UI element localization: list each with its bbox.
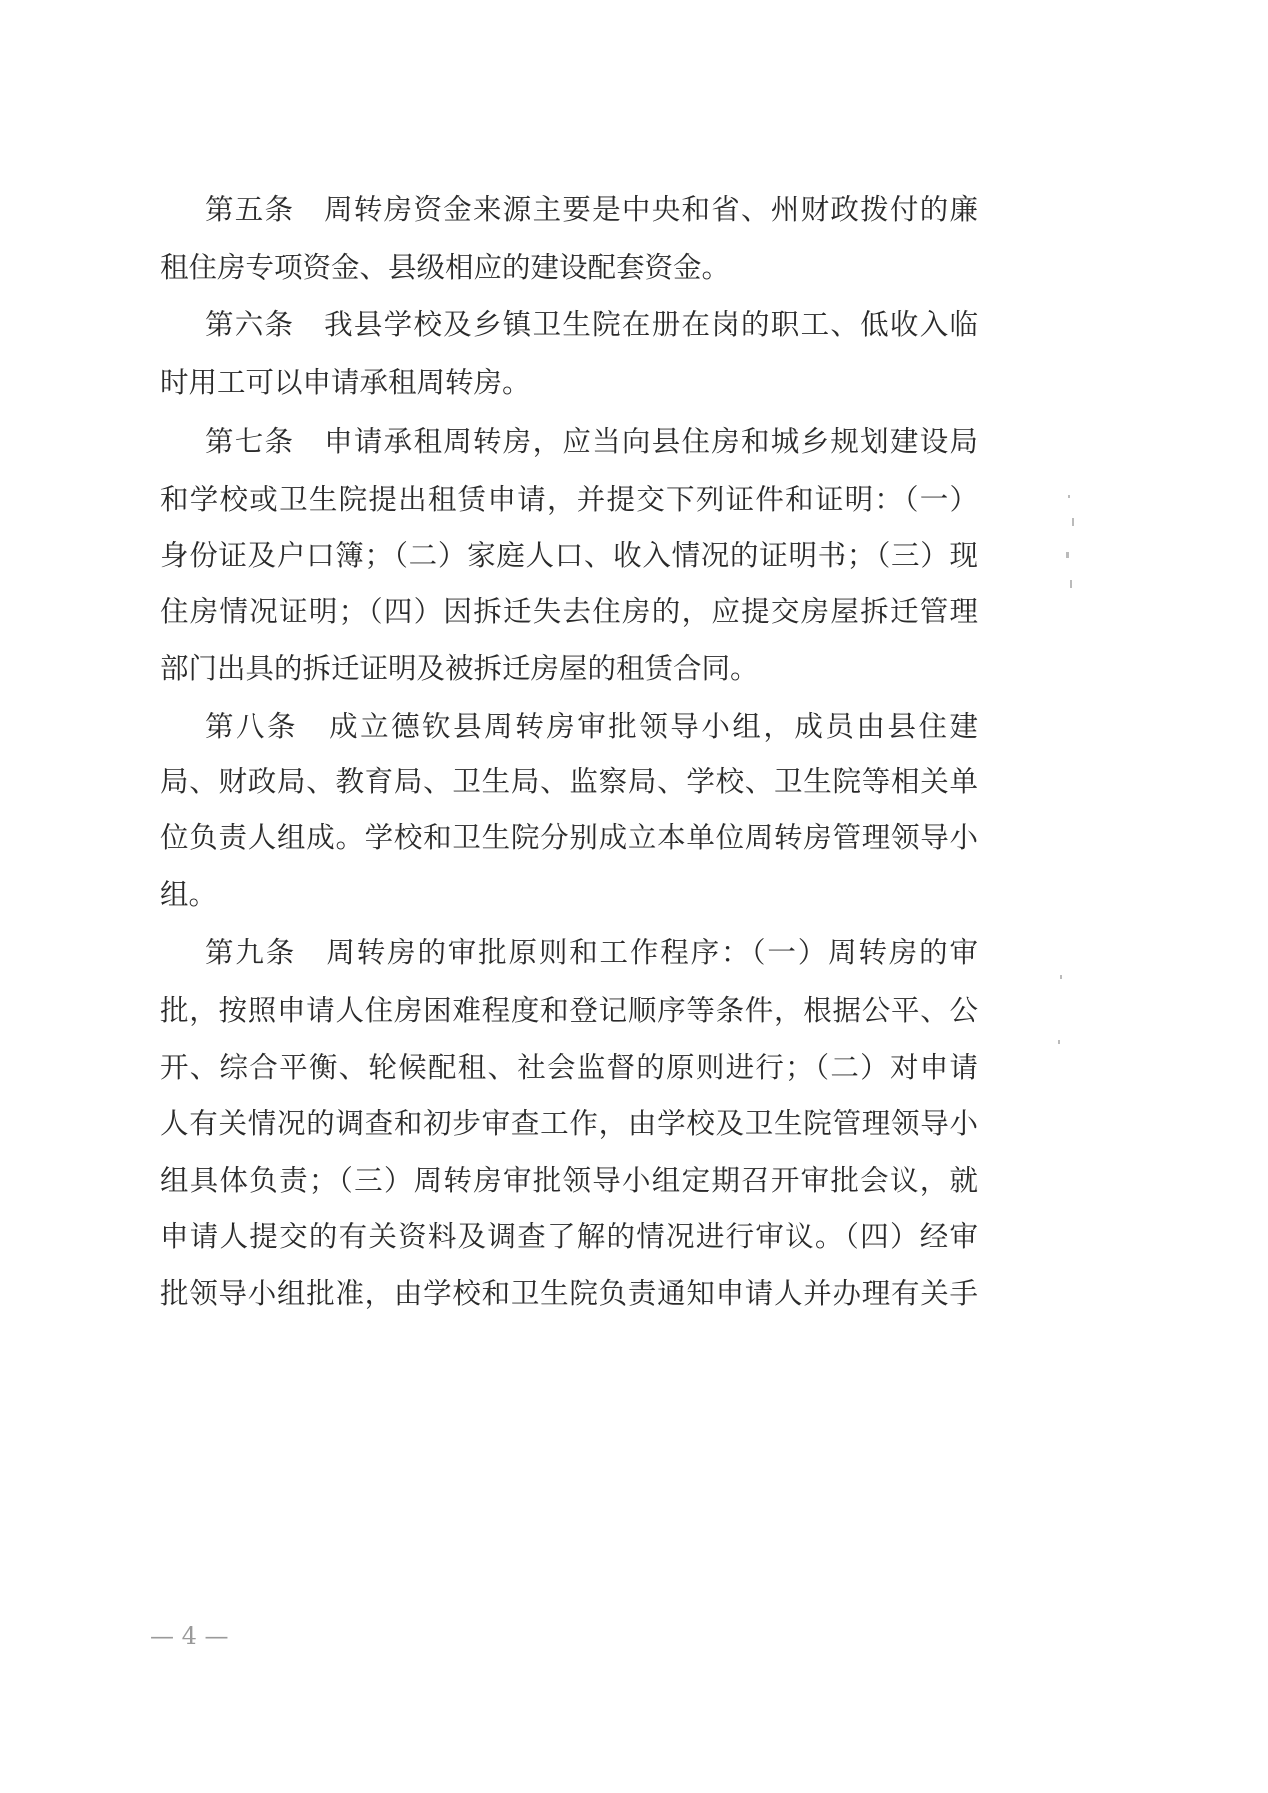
paragraph-line: 批，按照申请人住房困难程度和登记顺序等条件，根据公平、公 (160, 991, 978, 1031)
paragraph-line: 批领导小组批准，由学校和卫生院负责通知申请人并办理有关手 (160, 1274, 978, 1314)
paragraph-line: 部门出具的拆迁证明及被拆迁房屋的租赁合同。 (160, 649, 978, 689)
scan-speck (1058, 1040, 1060, 1044)
document-page: 第五条 周转房资金来源主要是中央和省、州财政拨付的廉 租住房专项资金、县级相应的… (0, 0, 1268, 1793)
paragraph-line: 和学校或卫生院提出租赁申请，并提交下列证件和证明：（一） (160, 480, 978, 520)
paragraph-line: 第六条 我县学校及乡镇卫生院在册在岗的职工、低收入临 (205, 305, 978, 345)
page-number: — 4 — (150, 1622, 229, 1650)
paragraph-line: 组具体负责；（三）周转房审批领导小组定期召开审批会议，就 (160, 1161, 978, 1201)
scan-speck (1066, 552, 1069, 558)
scan-speck (1060, 975, 1062, 979)
paragraph-line: 位负责人组成。学校和卫生院分别成立本单位周转房管理领导小 (160, 818, 978, 858)
scan-speck (1070, 580, 1072, 588)
paragraph-line: 第五条 周转房资金来源主要是中央和省、州财政拨付的廉 (205, 190, 978, 230)
paragraph-line: 租住房专项资金、县级相应的建设配套资金。 (160, 248, 978, 288)
paragraph-line: 第七条 申请承租周转房，应当向县住房和城乡规划建设局 (205, 422, 978, 462)
paragraph-line: 住房情况证明；（四）因拆迁失去住房的，应提交房屋拆迁管理 (160, 592, 978, 632)
paragraph-line: 申请人提交的有关资料及调查了解的情况进行审议。（四）经审 (160, 1217, 978, 1257)
scan-speck (1068, 495, 1070, 498)
paragraph-line: 身份证及户口簿；（二）家庭人口、收入情况的证明书；（三）现 (160, 536, 978, 576)
paragraph-line: 组。 (160, 875, 978, 915)
paragraph-line: 开、综合平衡、轮候配租、社会监督的原则进行；（二）对申请 (160, 1048, 978, 1088)
paragraph-line: 人有关情况的调查和初步审查工作，由学校及卫生院管理领导小 (160, 1104, 978, 1144)
paragraph-line: 时用工可以申请承租周转房。 (160, 363, 978, 403)
paragraph-line: 第八条 成立德钦县周转房审批领导小组，成员由县住建 (205, 707, 978, 747)
paragraph-line: 局、财政局、教育局、卫生局、监察局、学校、卫生院等相关单 (160, 762, 978, 802)
scan-speck (1072, 518, 1074, 526)
paragraph-line: 第九条 周转房的审批原则和工作程序：（一）周转房的审 (205, 933, 978, 973)
